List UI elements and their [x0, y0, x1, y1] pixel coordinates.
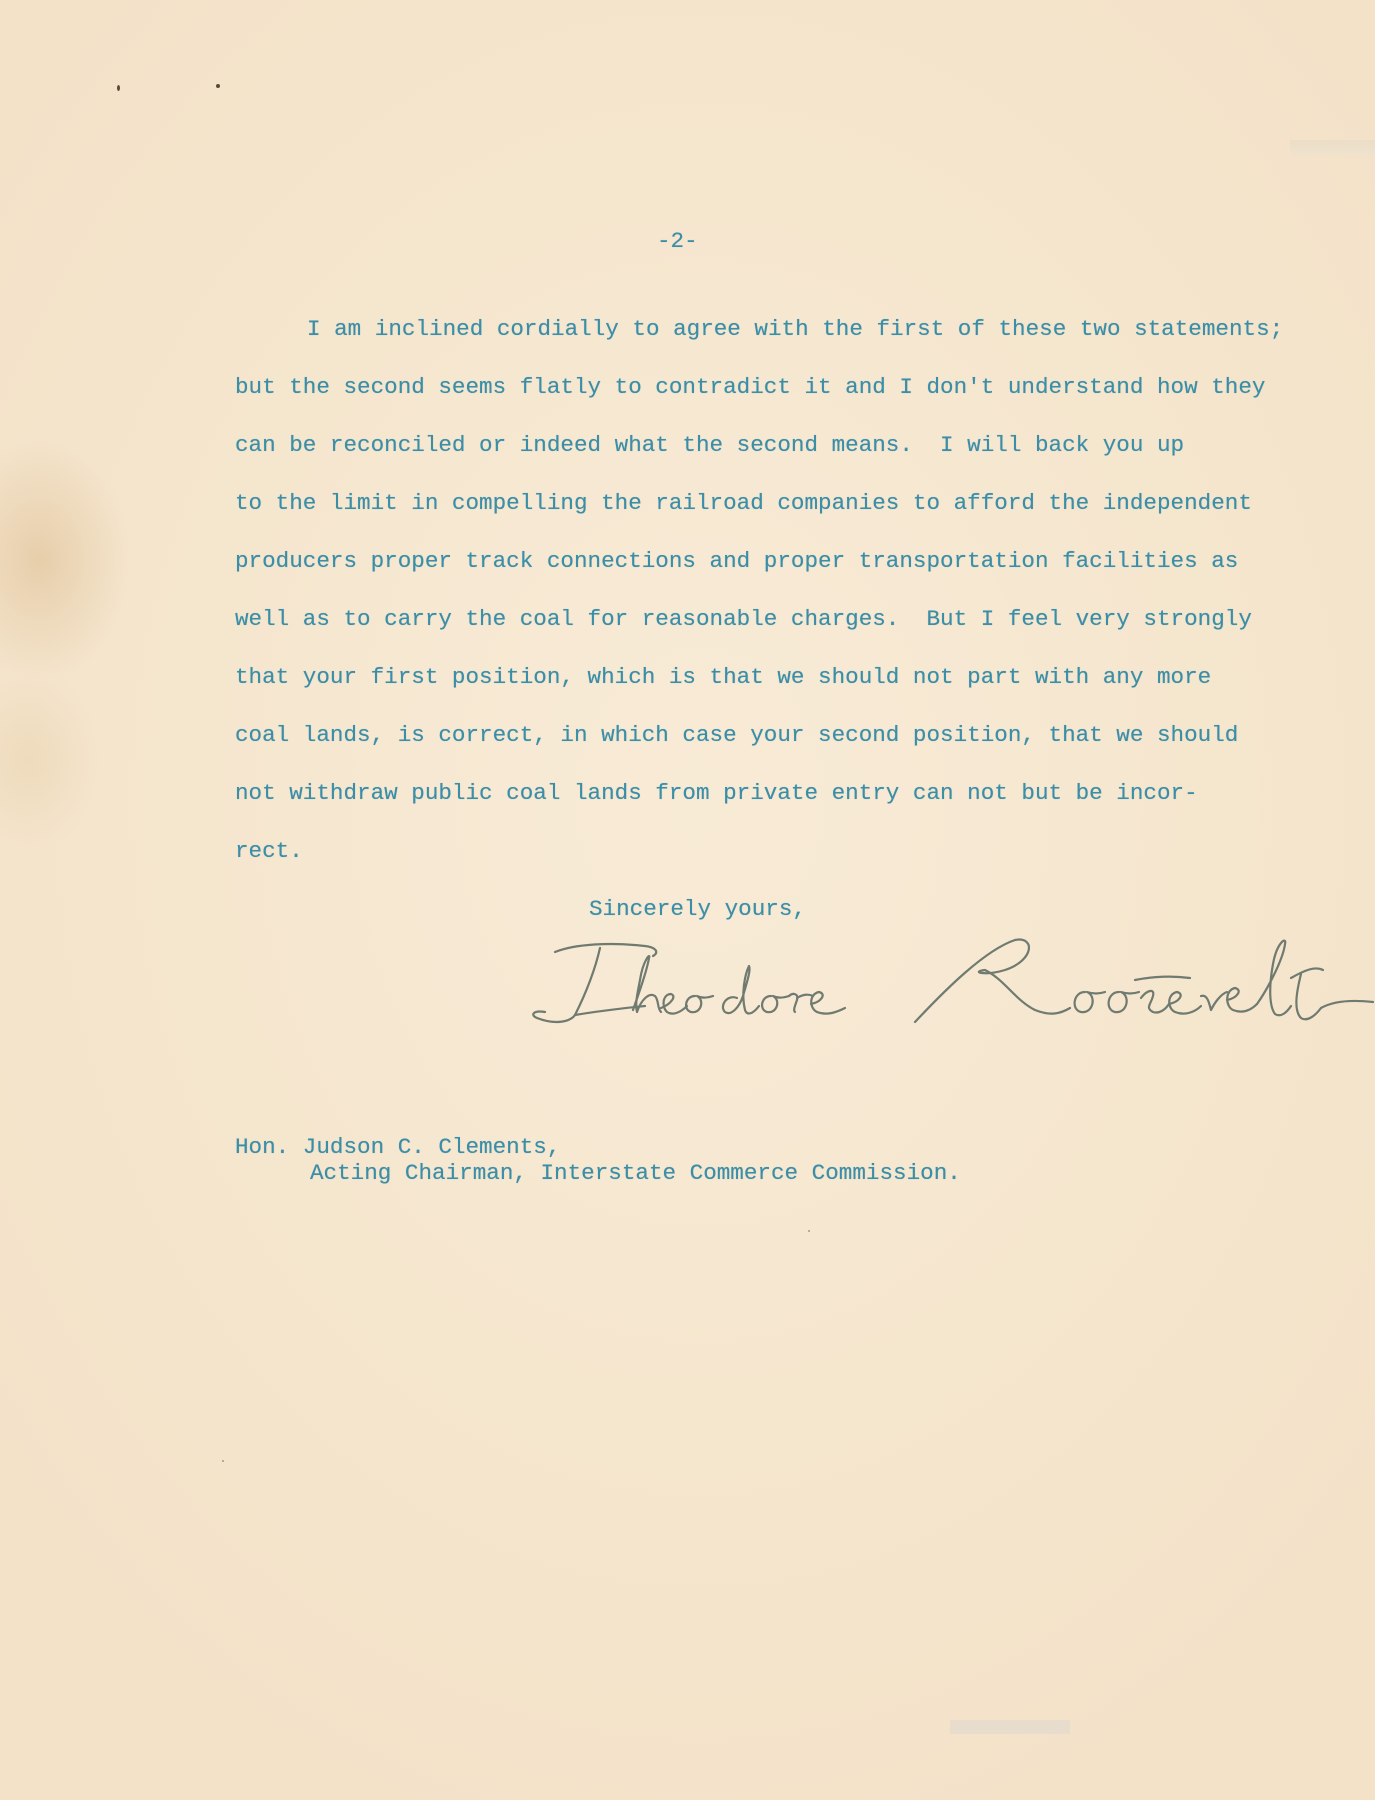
addressee-title: Acting Chairman, Interstate Commerce Com… [310, 1162, 961, 1185]
body-line: not withdraw public coal lands from priv… [235, 782, 1198, 805]
body-line: well as to carry the coal for reasonable… [235, 608, 1252, 631]
paper-mark [1290, 140, 1375, 156]
paper-mark [950, 1720, 1070, 1734]
paper-speck [216, 84, 220, 88]
body-line: coal lands, is correct, in which case yo… [235, 724, 1238, 747]
body-line: to the limit in compelling the railroad … [235, 492, 1252, 515]
body-line: that your first position, which is that … [235, 666, 1211, 689]
paper-speck [808, 1230, 810, 1232]
body-line: can be reconciled or indeed what the sec… [235, 434, 1184, 457]
body-line: but the second seems flatly to contradic… [235, 376, 1265, 399]
closing: Sincerely yours, [589, 898, 806, 921]
body-line: I am inclined cordially to agree with th… [307, 318, 1283, 341]
body-line: producers proper track connections and p… [235, 550, 1238, 573]
page-number: -2- [657, 230, 698, 253]
handwritten-signature [515, 930, 1375, 1040]
paper-speck [222, 1460, 224, 1462]
addressee-name: Hon. Judson C. Clements, [235, 1136, 560, 1159]
body-line: rect. [235, 840, 303, 863]
paper-speck [117, 85, 120, 91]
